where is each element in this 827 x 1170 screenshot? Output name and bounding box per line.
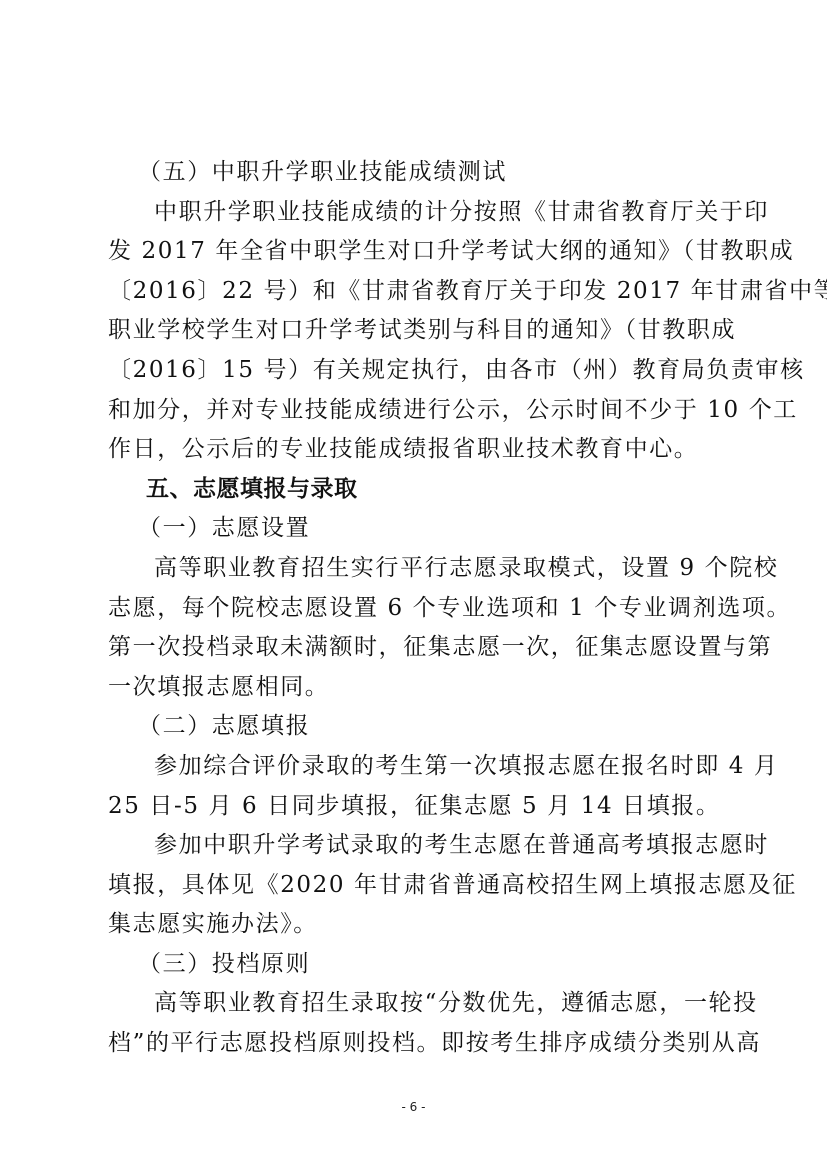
text-line: 25 日-5 月 6 日同步填报，征集志愿 5 月 14 日填报。 (108, 787, 720, 827)
text-line: 集志愿实施办法》。 (108, 905, 720, 945)
text-line: 一次填报志愿相同。 (108, 668, 720, 708)
text-line: 高等职业教育招生实行平行志愿录取模式，设置 9 个院校 (108, 549, 720, 589)
text-line: 志愿，每个院校志愿设置 6 个专业选项和 1 个专业调剂选项。 (108, 589, 720, 629)
text-line: 发 2017 年全省中职学生对口升学考试大纲的通知》（甘教职成 (108, 232, 720, 272)
text-line: 参加综合评价录取的考生第一次填报志愿在报名时即 4 月 (108, 747, 720, 787)
text-line: 和加分，并对专业技能成绩进行公示，公示时间不少于 10 个工 (108, 391, 720, 431)
text-line: 档”的平行志愿投档原则投档。即按考生排序成绩分类别从高 (108, 1024, 720, 1064)
text-line: 高等职业教育招生录取按“分数优先，遵循志愿，一轮投 (108, 984, 720, 1024)
paragraph-vocational-exam: 参加中职升学考试录取的考生志愿在普通高考填报志愿时 填报，具体见《2020 年甘… (108, 826, 720, 945)
section-heading-preference-setup: （一）志愿设置 (108, 509, 720, 549)
text-line: 参加中职升学考试录取的考生志愿在普通高考填报志愿时 (108, 826, 720, 866)
text-line: 中职升学职业技能成绩的计分按照《甘肃省教育厅关于印 (108, 193, 720, 233)
document-body: （五）中职升学职业技能成绩测试 中职升学职业技能成绩的计分按照《甘肃省教育厅关于… (108, 153, 720, 1064)
text-line: 填报，具体见《2020 年甘肃省普通高校招生网上填报志愿及征 (108, 866, 720, 906)
paragraph-comprehensive-evaluation: 参加综合评价录取的考生第一次填报志愿在报名时即 4 月 25 日-5 月 6 日… (108, 747, 720, 826)
page-number: - 6 - (0, 1100, 827, 1114)
text-line: 〔2016〕22 号）和《甘肃省教育厅关于印发 2017 年甘肃省中等 (108, 272, 720, 312)
text-line: 〔2016〕15 号）有关规定执行，由各市（州）教育局负责审核 (108, 351, 720, 391)
paragraph-preference-setup: 高等职业教育招生实行平行志愿录取模式，设置 9 个院校 志愿，每个院校志愿设置 … (108, 549, 720, 707)
paragraph-submission-principle: 高等职业教育招生录取按“分数优先，遵循志愿，一轮投 档”的平行志愿投档原则投档。… (108, 984, 720, 1063)
text-line: 第一次投档录取未满额时，征集志愿一次，征集志愿设置与第 (108, 628, 720, 668)
section-heading-submission-principle: （三）投档原则 (108, 945, 720, 985)
section-heading-preference-filling: （二）志愿填报 (108, 707, 720, 747)
text-line: 职业学校学生对口升学考试类别与科目的通知》（甘教职成 (108, 311, 720, 351)
section-heading-skills-test: （五）中职升学职业技能成绩测试 (108, 153, 720, 193)
chapter-heading-application-admission: 五、志愿填报与录取 (108, 470, 720, 510)
text-line: 作日，公示后的专业技能成绩报省职业技术教育中心。 (108, 430, 720, 470)
paragraph-skills-scoring: 中职升学职业技能成绩的计分按照《甘肃省教育厅关于印 发 2017 年全省中职学生… (108, 193, 720, 470)
document-page: （五）中职升学职业技能成绩测试 中职升学职业技能成绩的计分按照《甘肃省教育厅关于… (0, 0, 827, 1170)
